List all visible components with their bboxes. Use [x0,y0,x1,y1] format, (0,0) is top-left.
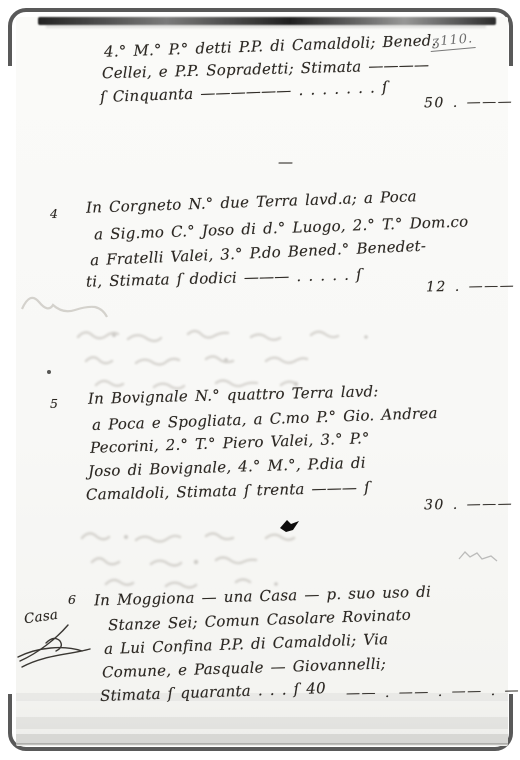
entry-line: In Corgneto N.° due Terra lavd.a; a Poca [86,187,417,217]
entry-line: Camaldoli, Stimata ſ trenta ——— ſ [86,478,370,503]
scan-shading [16,717,508,729]
scan-edge-shadow-soft [46,25,486,28]
scan-shading [16,743,508,745]
separator-pen-mark: — [278,153,293,171]
entry-line: a Lui Confina P.P. di Camaldoli; Via [104,630,389,658]
entry-line: Joso di Bovignale, 4.° M.°, P.dia di [88,454,366,481]
entry-number: 4 [50,206,58,221]
amount-value: 50 . ——— . ——— [424,93,520,112]
manuscript-page: ʒ110. 4.° M.° P.° detti P.P. di Camaldol… [16,17,508,746]
amount-value: 12 . ——— . ——— [426,277,520,296]
pencil-squiggle [456,545,504,571]
entry-number: 5 [50,396,58,411]
carryover-line: ſ Cinquanta —————— . . . . . . . ſ [100,78,388,106]
manuscript-scan-view: ʒ110. 4.° M.° P.° detti P.P. di Camaldol… [0,0,520,760]
entry-line: ti, Stimata ſ dodici ——— . . . . . ſ [86,265,362,290]
ink-speck [47,370,51,374]
scan-edge-shadow [38,17,496,25]
entry-line: Comune, e Pasquale — Giovannelli; [102,655,386,682]
amount-value: 30 . ——— . ——— [424,495,520,514]
margin-flourish [16,621,104,673]
entry-line: a Poca e Spogliata, a C.mo P.° Gio. Andr… [92,404,438,434]
entry-line: Pecorini, 2.° T.° Piero Valei, 3.° P.° [90,429,370,457]
entry-line: Stimata ſ quaranta . . . ſ 40 [100,679,326,705]
scan-shading [16,693,508,701]
entry-number: 6 [68,592,76,607]
